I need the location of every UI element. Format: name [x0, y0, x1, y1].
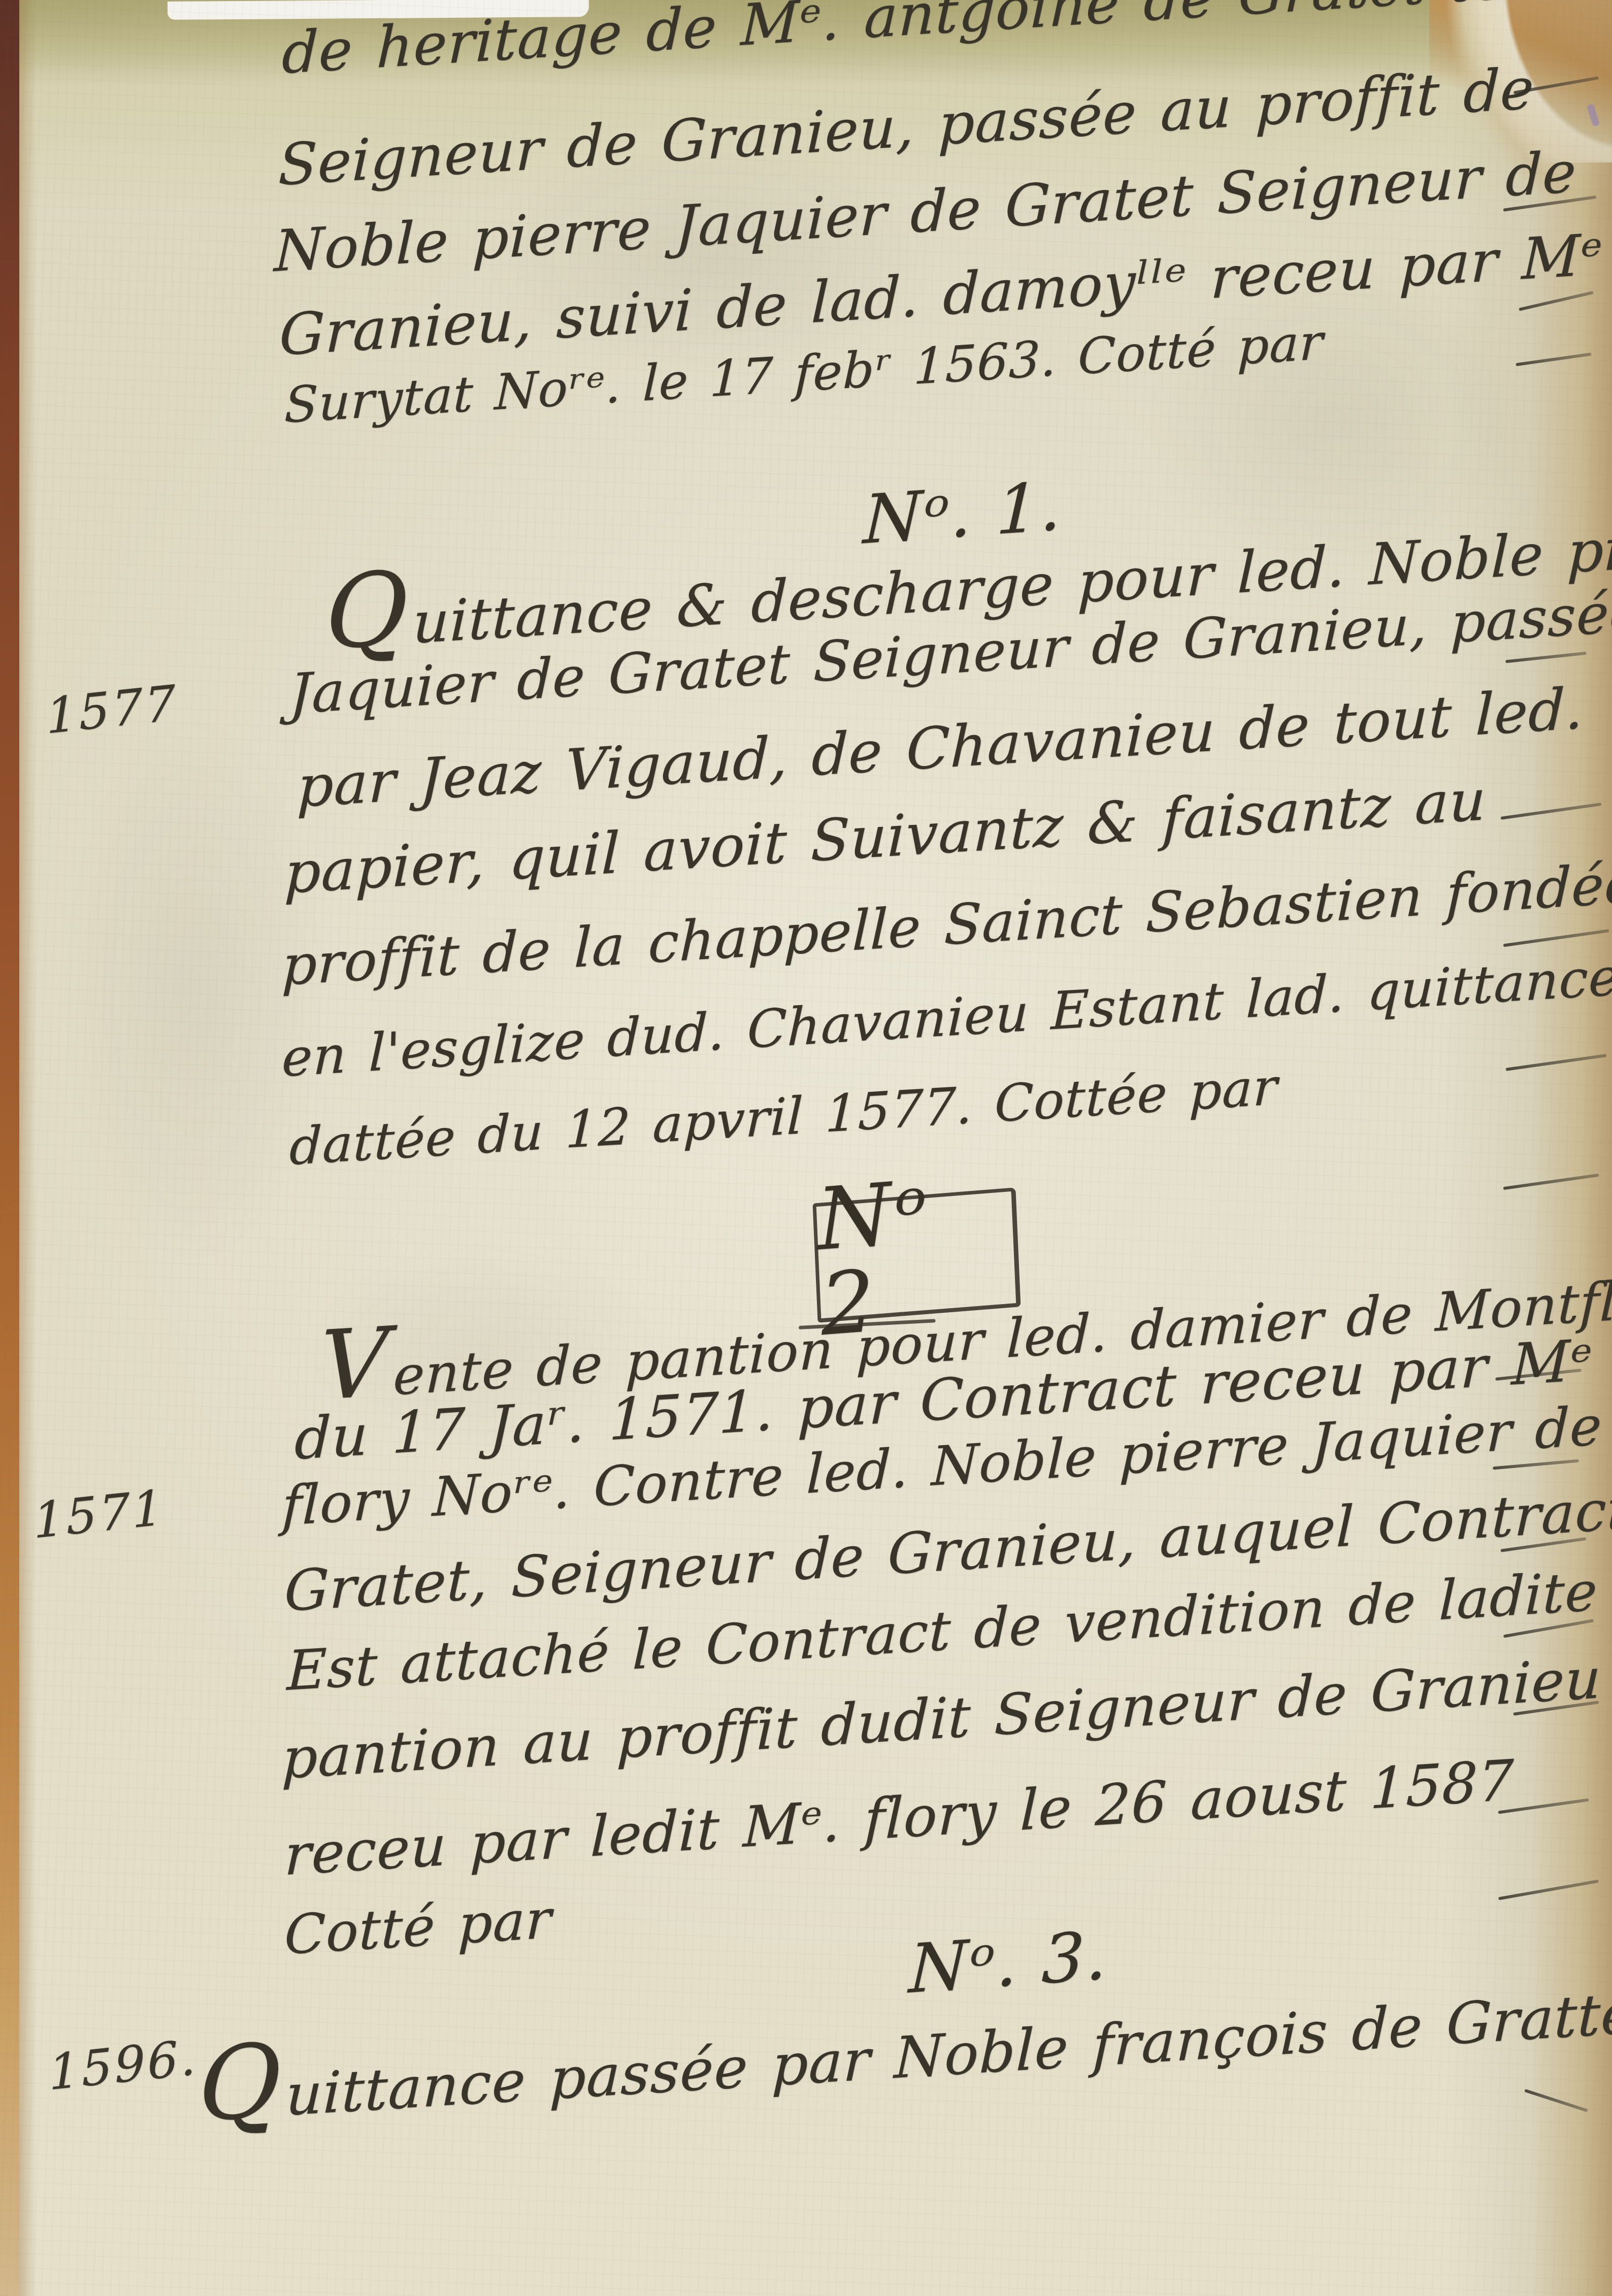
margin-date: 1571 — [32, 1483, 166, 1545]
manuscript-page: de heritage de Mᵉ. antgoine de Gratet te… — [0, 0, 1612, 2296]
manuscript-line: Quittance passée par Noble françois de G… — [197, 1946, 1612, 2137]
margin-date: 1596. — [48, 2033, 199, 2098]
margin-date: 1577 — [45, 678, 178, 741]
page-edge-left-binding — [0, 0, 19, 2296]
manuscript-line: Cotté par — [284, 1892, 552, 1963]
page-edge-left-shade — [19, 0, 37, 2296]
